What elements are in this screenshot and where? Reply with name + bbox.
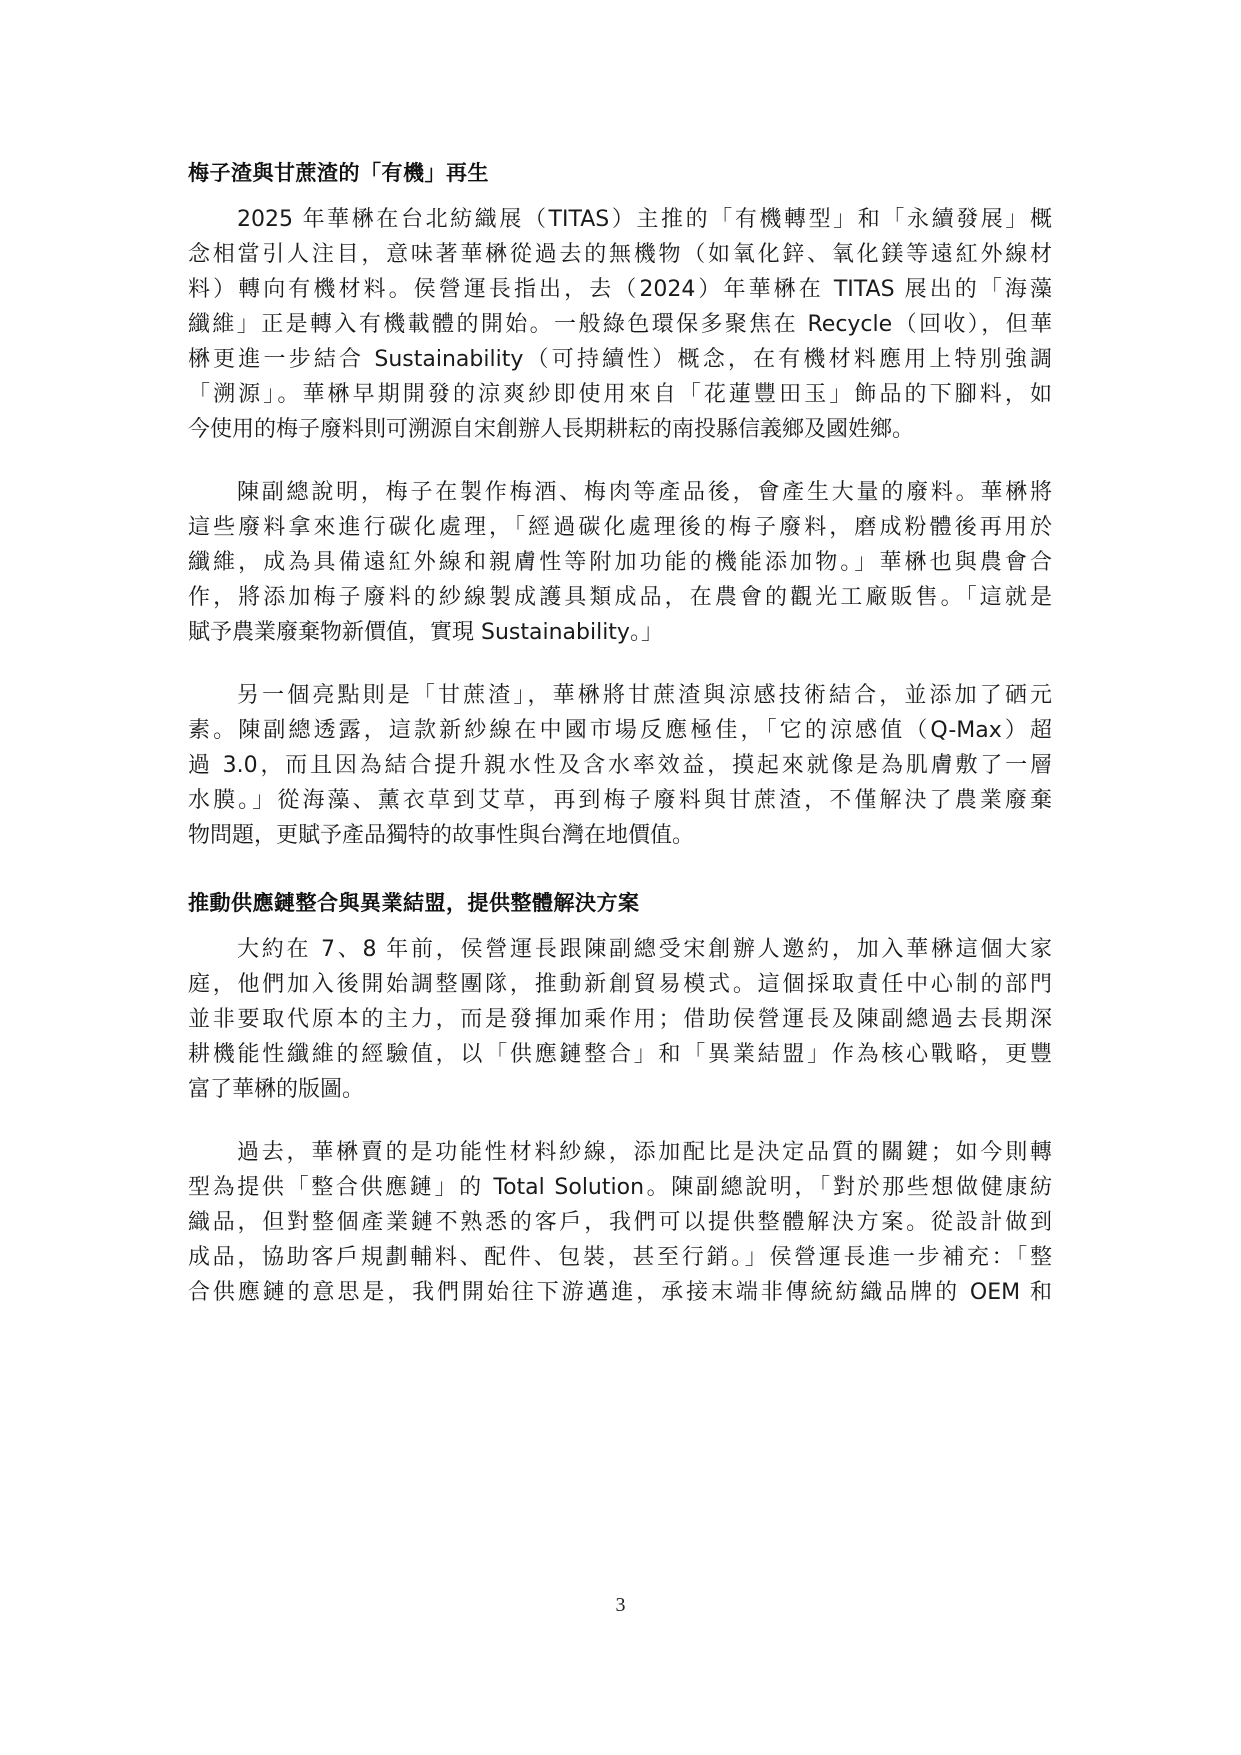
document-page: 梅子渣與甘蔗渣的「有機」再生 2025 年華楙在台北紡織展（TITAS）主推的「… xyxy=(0,0,1241,1755)
text-line: 耕機能性纖維的經驗值，以「供應鏈整合」和「異業結盟」作為核心戰略，更豐 xyxy=(188,1040,1052,1070)
section-heading: 推動供應鏈整合與異業結盟，提供整體解決方案 xyxy=(188,887,640,917)
text-line: 料）轉向有機材料。侯營運長指出，去（2024）年華楙在 TITAS 展出的「海藻 xyxy=(188,275,1052,305)
text-line: 織品，但對整個產業鏈不熟悉的客戶，我們可以提供整體解決方案。從設計做到 xyxy=(188,1208,1052,1238)
text-line: 這些廢料拿來進行碳化處理，「經過碳化處理後的梅子廢料，磨成粉體後再用於 xyxy=(188,513,1052,543)
text-line: 型為提供「整合供應鏈」的 Total Solution。陳副總說明，「對於那些想… xyxy=(188,1173,1052,1203)
section-heading: 梅子渣與甘蔗渣的「有機」再生 xyxy=(188,157,489,187)
text-line: 2025 年華楙在台北紡織展（TITAS）主推的「有機轉型」和「永續發展」概 xyxy=(237,205,1052,235)
text-line: 物問題，更賦予產品獨特的故事性與台灣在地價值。 xyxy=(188,821,1052,851)
text-line: 大約在 7、8 年前，侯營運長跟陳副總受宋創辦人邀約，加入華楙這個大家 xyxy=(237,935,1052,965)
text-line: 「溯源」。華楙早期開發的涼爽紗即使用來自「花蓮豐田玉」飾品的下腳料，如 xyxy=(188,380,1052,410)
page-number: 3 xyxy=(0,1594,1241,1617)
text-line: 素。陳副總透露，這款新紗線在中國市場反應極佳，「它的涼感值（Q-Max）超 xyxy=(188,716,1052,746)
text-line: 作，將添加梅子廢料的紗線製成護具類成品，在農會的觀光工廠販售。「這就是 xyxy=(188,583,1052,613)
text-line: 纖維」正是轉入有機載體的開始。一般綠色環保多聚焦在 Recycle（回收），但華 xyxy=(188,310,1052,340)
text-line: 賦予農業廢棄物新價值，實現 Sustainability。」 xyxy=(188,618,1052,648)
text-line: 水膜。」從海藻、薰衣草到艾草，再到梅子廢料與甘蔗渣，不僅解決了農業廢棄 xyxy=(188,786,1052,816)
text-line: 今使用的梅子廢料則可溯源自宋創辦人長期耕耘的南投縣信義鄉及國姓鄉。 xyxy=(188,415,1052,445)
text-line: 過去，華楙賣的是功能性材料紗線，添加配比是決定品質的關鍵；如今則轉 xyxy=(237,1138,1052,1168)
text-line: 過 3.0，而且因為結合提升親水性及含水率效益，摸起來就像是為肌膚敷了一層 xyxy=(188,751,1052,781)
text-line: 念相當引人注目，意味著華楙從過去的無機物（如氧化鋅、氧化鎂等遠紅外線材 xyxy=(188,240,1052,270)
text-line: 合供應鏈的意思是，我們開始往下游邁進，承接末端非傳統紡織品牌的 OEM 和 xyxy=(188,1278,1052,1308)
text-line: 陳副總說明，梅子在製作梅酒、梅肉等產品後，會產生大量的廢料。華楙將 xyxy=(237,478,1052,508)
text-line: 庭，他們加入後開始調整團隊，推動新創貿易模式。這個採取責任中心制的部門 xyxy=(188,970,1052,1000)
text-line: 纖維，成為具備遠紅外線和親膚性等附加功能的機能添加物。」華楙也與農會合 xyxy=(188,548,1052,578)
text-line: 並非要取代原本的主力，而是發揮加乘作用；借助侯營運長及陳副總過去長期深 xyxy=(188,1005,1052,1035)
text-line: 成品，協助客戶規劃輔料、配件、包裝，甚至行銷。」侯營運長進一步補充：「整 xyxy=(188,1243,1052,1273)
text-line: 楙更進一步結合 Sustainability（可持續性）概念，在有機材料應用上特… xyxy=(188,345,1052,375)
text-line: 另一個亮點則是「甘蔗渣」，華楙將甘蔗渣與涼感技術結合，並添加了硒元 xyxy=(237,681,1052,711)
text-line: 富了華楙的版圖。 xyxy=(188,1075,1052,1105)
